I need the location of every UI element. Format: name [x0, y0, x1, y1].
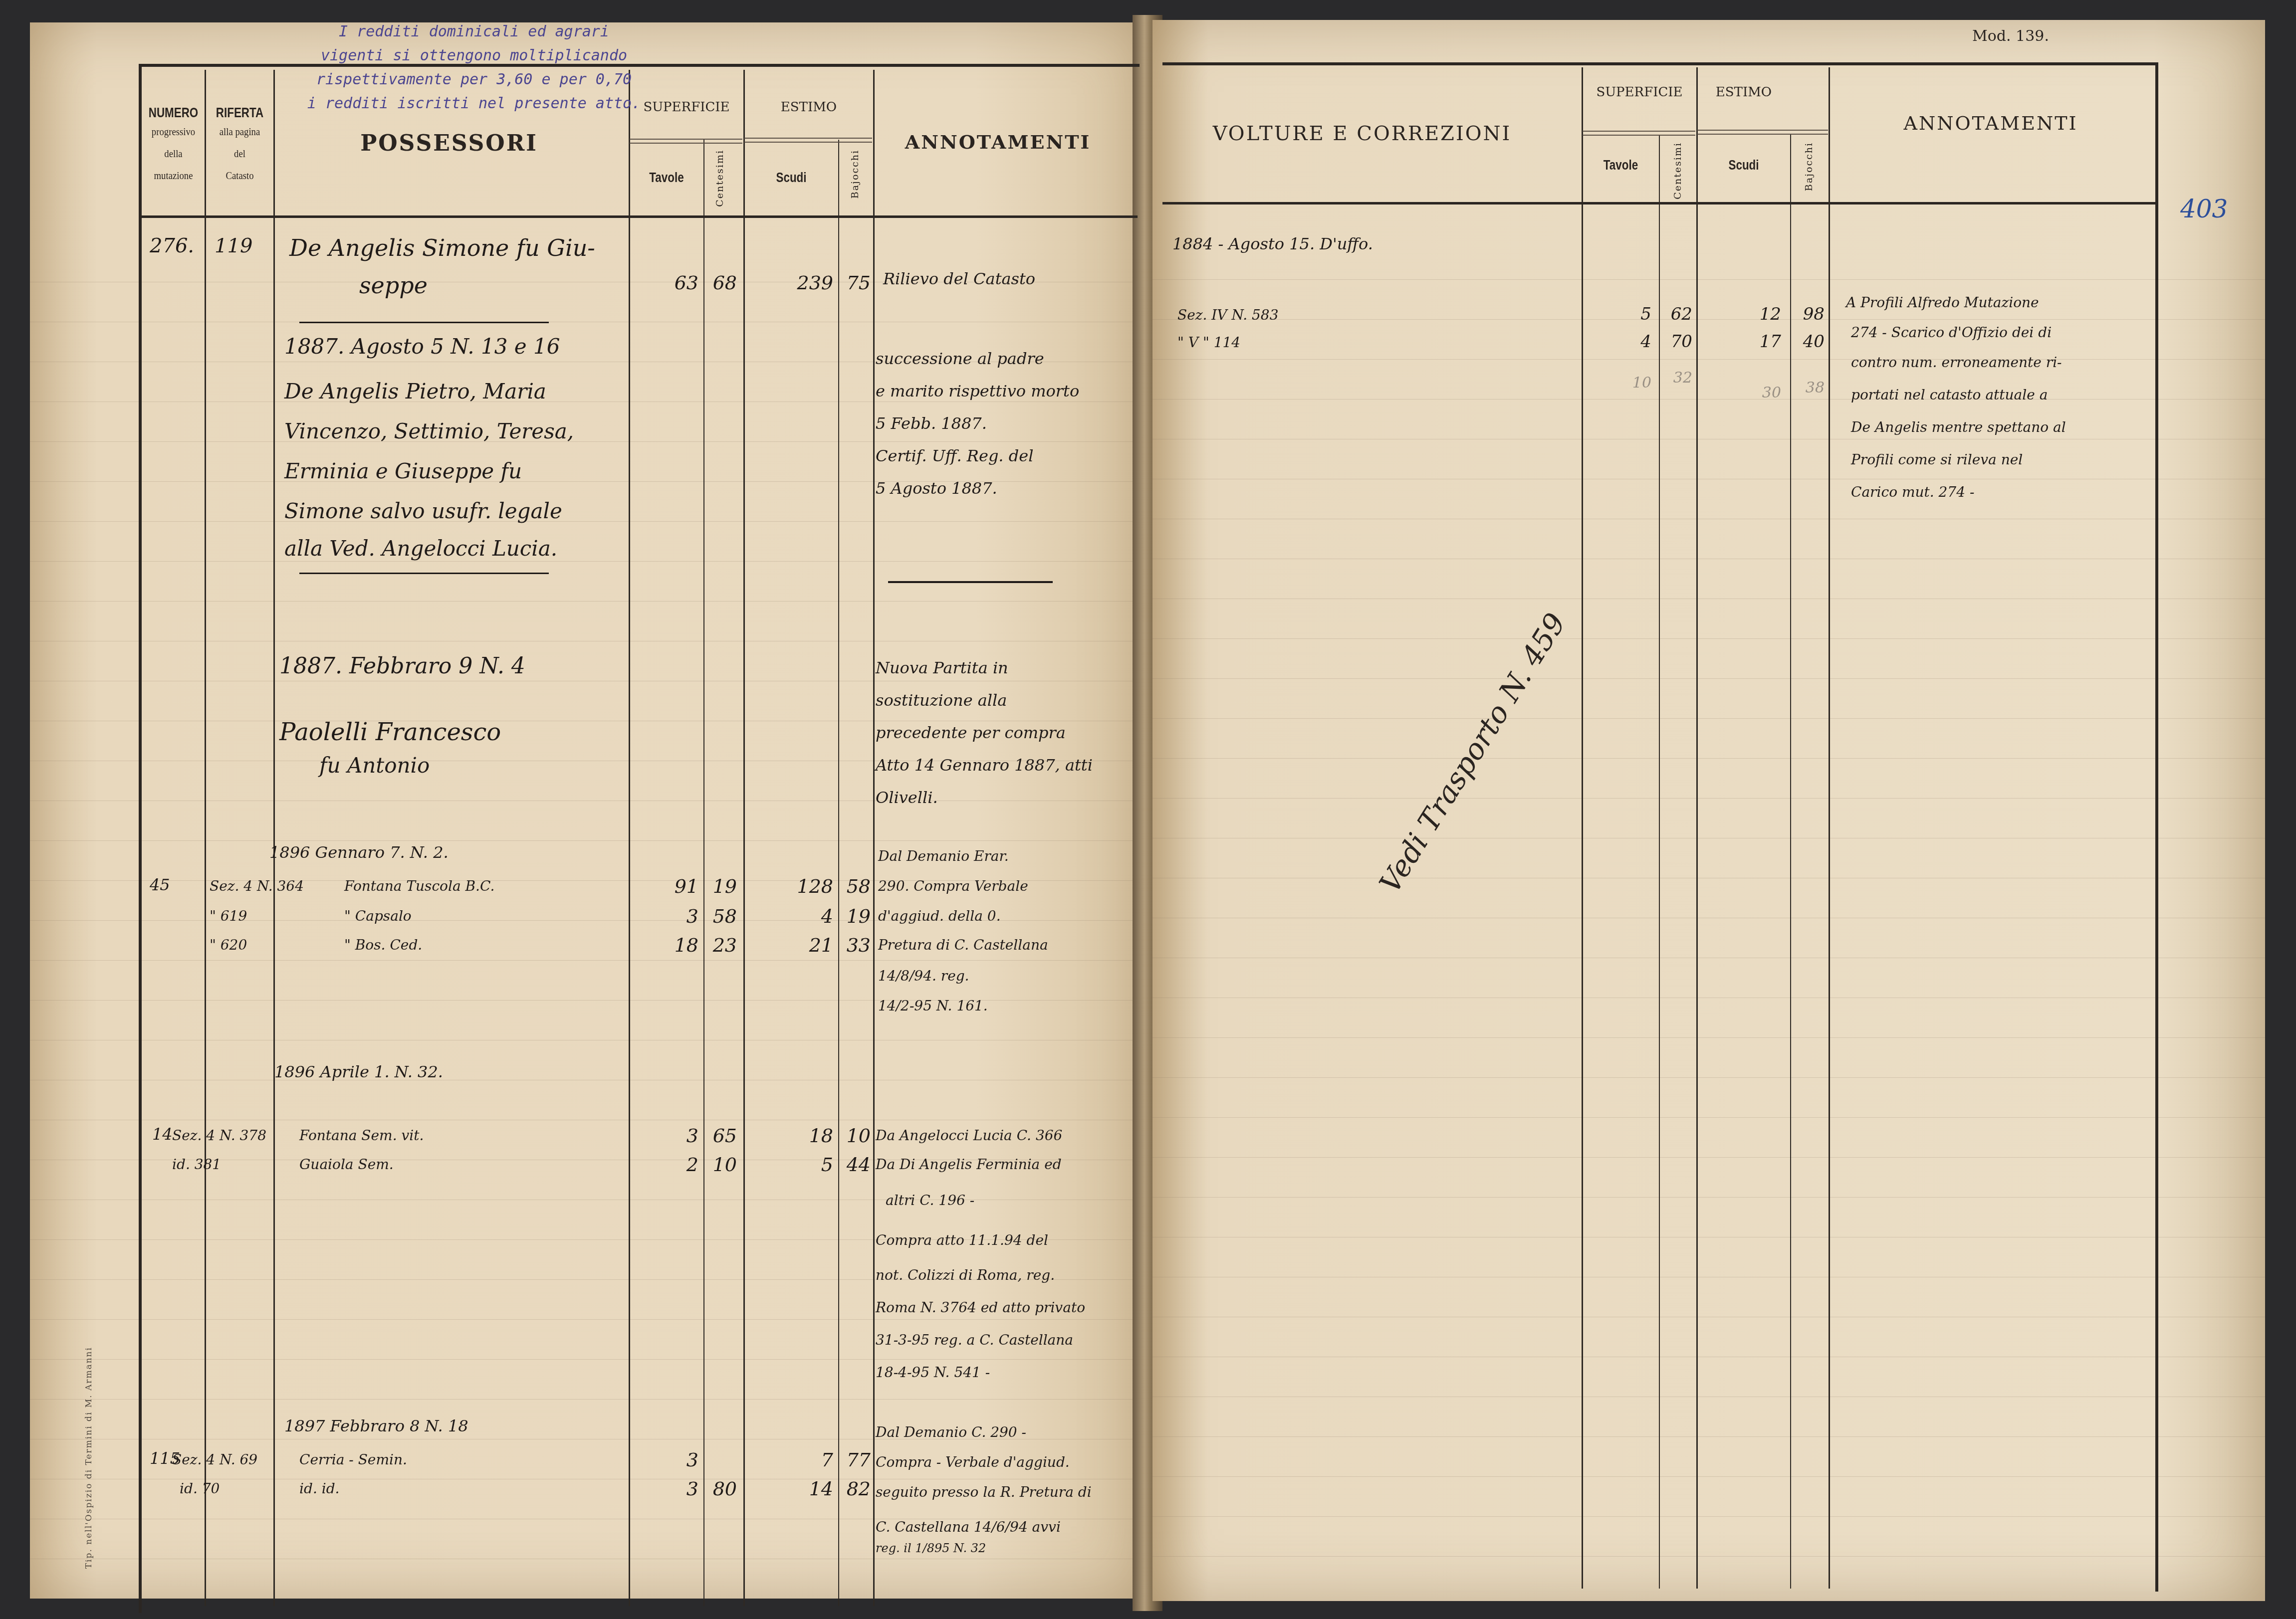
scudi-value: 239	[763, 272, 833, 294]
centesimi-value: 10	[706, 1154, 737, 1176]
parcel-desc: " Capsalo	[344, 908, 412, 924]
annotation-line: Dal Demanio Erar.	[878, 848, 1009, 864]
form-code: Mod. 139.	[1966, 27, 2056, 45]
possessor-name: Paolelli Francesco	[279, 718, 501, 746]
header-superficie: SUPERFICIE	[1583, 85, 1696, 100]
left-header-divider	[140, 215, 1138, 218]
annotation-line: reg. il 1/895 N. 32	[876, 1541, 986, 1555]
tavole-value: 3	[639, 905, 698, 927]
annotation-line: 5 Febb. 1887.	[876, 414, 987, 433]
parcel-ref: " V " 114	[1177, 334, 1240, 351]
header-estimo: ESTIMO	[1697, 85, 1790, 100]
bajocchi-value: 19	[841, 905, 871, 927]
parcel-desc: Cerria - Semin.	[299, 1451, 407, 1468]
possessor-name: fu Antonio	[319, 753, 430, 778]
header-bajocchi: Bajocchi	[850, 150, 861, 199]
entry-separator	[299, 322, 549, 323]
annotation-line: C. Castellana 14/6/94 avvi	[876, 1519, 1061, 1535]
tavole-value: 5	[1592, 304, 1651, 324]
annotation-line: seguito presso la R. Pretura di	[876, 1484, 1092, 1500]
tavole-value: 3	[639, 1125, 698, 1147]
right-table-frame	[1162, 62, 2158, 1592]
header-possessori: POSSESSORI	[299, 131, 599, 156]
scudi-value: 18	[758, 1125, 833, 1147]
entry-numero: 45	[150, 875, 170, 894]
parcel-desc: id. id.	[299, 1480, 339, 1497]
annotation-line: not. Colizzi di Roma, reg.	[876, 1267, 1055, 1283]
annotation-line: 274 - Scarico d'Offizio dei di	[1851, 324, 2052, 341]
page-number: 403	[2180, 195, 2228, 223]
tavole-value: 91	[639, 875, 698, 897]
header-centesimi: Centesimi	[1672, 142, 1683, 200]
centesimi-value: 70	[1661, 332, 1692, 352]
parcel-ref: Sez. 4 N. 69	[172, 1451, 257, 1468]
header-centesimi: Centesimi	[714, 150, 725, 207]
annotation-line: A Profili Alfredo Mutazione	[1846, 294, 2039, 311]
possessor-name: Vincenzo, Settimio, Teresa,	[284, 419, 574, 443]
centesimi-value: 62	[1661, 304, 1692, 324]
annotation-line: Certif. Uff. Reg. del	[876, 446, 1033, 465]
header-sub: Catasto	[211, 165, 268, 187]
tavole-value: 63	[649, 272, 698, 294]
tavole-value: 3	[639, 1449, 698, 1471]
stamp-line: I redditi dominicali ed agrari	[299, 20, 649, 44]
scudi-value: 21	[758, 934, 833, 956]
possessor-name: alla Ved. Angelocci Lucia.	[284, 536, 557, 561]
header-tavole: Tavole	[637, 170, 696, 186]
annotation-line: successione al padre	[876, 349, 1044, 368]
annotation-line: 14/8/94. reg.	[878, 968, 969, 984]
parcel-desc: Fontana Tuscola B.C.	[344, 878, 494, 894]
annotation-line: Carico mut. 274 -	[1851, 484, 1974, 500]
annotation-line: e marito rispettivo morto	[876, 382, 1079, 401]
parcel-ref: id. 381	[172, 1156, 221, 1173]
entry-date: 1896 Aprile 1. N. 32.	[274, 1062, 443, 1081]
pencil-total: 32	[1661, 369, 1692, 387]
header-sub: progressivo	[147, 121, 200, 143]
revaluation-stamp: I redditi dominicali ed agrari vigenti s…	[299, 20, 649, 116]
header-estimo: ESTIMO	[744, 100, 873, 115]
entry-date: 1897 Febbraro 8 N. 18	[284, 1417, 468, 1435]
scudi-value: 14	[758, 1478, 833, 1500]
annotation-line: 18-4-95 N. 541 -	[876, 1364, 990, 1381]
possessor-name: Erminia e Giuseppe fu	[284, 459, 522, 483]
annotation-line: Compra atto 11.1.94 del	[876, 1232, 1048, 1248]
header-annotamenti: ANNOTAMENTI	[1836, 112, 2145, 134]
header-sub: della	[147, 143, 200, 165]
entry-date: 1887. Agosto 5 N. 13 e 16	[284, 334, 560, 359]
annotation-line: 290. Compra Verbale	[878, 878, 1028, 894]
annotation-line: Pretura di C. Castellana	[878, 937, 1048, 953]
annotation-line: Compra - Verbale d'aggiud.	[876, 1454, 1070, 1470]
tavole-value: 4	[1592, 332, 1651, 352]
header-sub: alla pagina	[211, 121, 268, 143]
parcel-desc: Fontana Sem. vit.	[299, 1127, 424, 1144]
bajocchi-value: 77	[841, 1449, 871, 1471]
header-title: NUMERO	[149, 105, 199, 121]
header-annotamenti: ANNOTAMENTI	[878, 131, 1118, 153]
pencil-total: 10	[1592, 374, 1651, 392]
entry-numero: 14	[152, 1125, 173, 1144]
scudi-value: 4	[758, 905, 833, 927]
header-bajocchi: Bajocchi	[1804, 142, 1815, 191]
scudi-value: 17	[1706, 332, 1781, 352]
annotation-line: 31-3-95 reg. a C. Castellana	[876, 1332, 1073, 1348]
scudi-value: 7	[758, 1449, 833, 1471]
annotation-line: Olivelli.	[876, 788, 938, 807]
parcel-ref: " 620	[210, 937, 247, 953]
bajocchi-value: 40	[1794, 332, 1825, 352]
stamp-line: vigenti si ottengono moltiplicando	[299, 44, 649, 68]
bajocchi-value: 82	[841, 1478, 871, 1500]
annotation-line: Rilievo del Catasto	[883, 269, 1035, 288]
centesimi-value: 23	[706, 934, 737, 956]
entry-separator	[299, 573, 549, 574]
scudi-value: 128	[758, 875, 833, 897]
annotation-line: Dal Demanio C. 290 -	[876, 1424, 1026, 1440]
bajocchi-value: 98	[1794, 304, 1825, 324]
pencil-total: 38	[1794, 379, 1825, 397]
possessor-name: De Angelis Pietro, Maria	[284, 379, 546, 404]
entry-date: 1896 Gennaro 7. N. 2.	[269, 843, 449, 862]
annotation-line: precedente per compra	[876, 723, 1066, 742]
parcel-ref: id. 70	[180, 1480, 220, 1497]
header-sub: mutazione	[147, 165, 200, 187]
parcel-ref: Sez. IV N. 583	[1177, 307, 1278, 323]
entry-riferta: 119	[215, 234, 252, 257]
annotation-line: d'aggiud. della 0.	[878, 908, 1001, 924]
parcel-ref: " 619	[210, 908, 247, 924]
header-numero: NUMERO progressivo della mutazione	[142, 105, 205, 187]
header-title: RIFERTA	[213, 105, 267, 121]
parcel-ref: Sez. 4 N. 378	[172, 1127, 266, 1144]
header-sub: del	[211, 143, 268, 165]
centesimi-value: 19	[706, 875, 737, 897]
scudi-value: 5	[758, 1154, 833, 1176]
pencil-total: 30	[1706, 384, 1781, 402]
bajocchi-value: 33	[841, 934, 871, 956]
entry-numero: 276.	[150, 234, 194, 257]
entry-date: 1887. Febbraro 9 N. 4	[279, 653, 525, 679]
bajocchi-value: 58	[841, 875, 871, 897]
parcel-desc: Guaiola Sem.	[299, 1156, 394, 1173]
entry-separator	[888, 581, 1053, 583]
possessor-name: seppe	[359, 272, 428, 299]
header-riferta: RIFERTA alla pagina del Catasto	[206, 105, 273, 187]
annotation-line: contro num. erroneamente ri-	[1851, 354, 2062, 371]
annotation-line: Nuova Partita in	[876, 658, 1008, 677]
annotation-line: Roma N. 3764 ed atto privato	[876, 1299, 1085, 1316]
header-superficie: SUPERFICIE	[630, 100, 743, 115]
annotation-line: sostituzione alla	[876, 691, 1007, 710]
header-scudi: Scudi	[1707, 157, 1781, 173]
annotation-line: Da Di Angelis Ferminia ed	[876, 1156, 1062, 1173]
bajocchi-value: 44	[841, 1154, 871, 1176]
parcel-ref: Sez. 4 N. 364	[210, 878, 304, 894]
centesimi-value: 80	[706, 1478, 737, 1500]
tavole-value: 18	[639, 934, 698, 956]
tavole-value: 3	[639, 1478, 698, 1500]
annotation-line: 5 Agosto 1887.	[876, 479, 997, 498]
centesimi-value: 58	[706, 905, 737, 927]
possessor-name: Simone salvo usufr. legale	[284, 499, 562, 523]
centesimi-value: 68	[706, 272, 737, 294]
header-tavole: Tavole	[1590, 157, 1651, 173]
scudi-value: 12	[1706, 304, 1781, 324]
annotation-line: De Angelis mentre spettano al	[1851, 419, 2066, 435]
bajocchi-value: 10	[841, 1125, 871, 1147]
header-scudi: Scudi	[754, 170, 829, 186]
annotation-line: 14/2-95 N. 161.	[878, 998, 988, 1014]
annotation-line: Profili come si rileva nel	[1851, 451, 2023, 468]
stamp-line: i redditi iscritti nel presente atto.	[299, 92, 649, 116]
printer-imprint: Tip. nell'Ospizio di Termini di M. Arman…	[84, 1347, 94, 1569]
header-volture-correzioni: VOLTURE E CORREZIONI	[1187, 122, 1537, 145]
possessor-name: De Angelis Simone fu Giu-	[289, 234, 595, 261]
entry-date: 1884 - Agosto 15. D'uffo.	[1172, 234, 1373, 253]
left-table-frame	[139, 64, 1140, 1613]
centesimi-value: 65	[706, 1125, 737, 1147]
bajocchi-value: 75	[841, 272, 871, 294]
annotation-line: altri C. 196 -	[886, 1192, 974, 1209]
annotation-line: Atto 14 Gennaro 1887, atti	[876, 756, 1093, 775]
annotation-line: portati nel catasto attuale a	[1851, 387, 2048, 403]
annotation-line: Da Angelocci Lucia C. 366	[876, 1127, 1062, 1144]
stamp-line: rispettivamente per 3,60 e per 0,70	[299, 68, 649, 92]
parcel-desc: " Bos. Ced.	[344, 937, 422, 953]
tavole-value: 2	[639, 1154, 698, 1176]
